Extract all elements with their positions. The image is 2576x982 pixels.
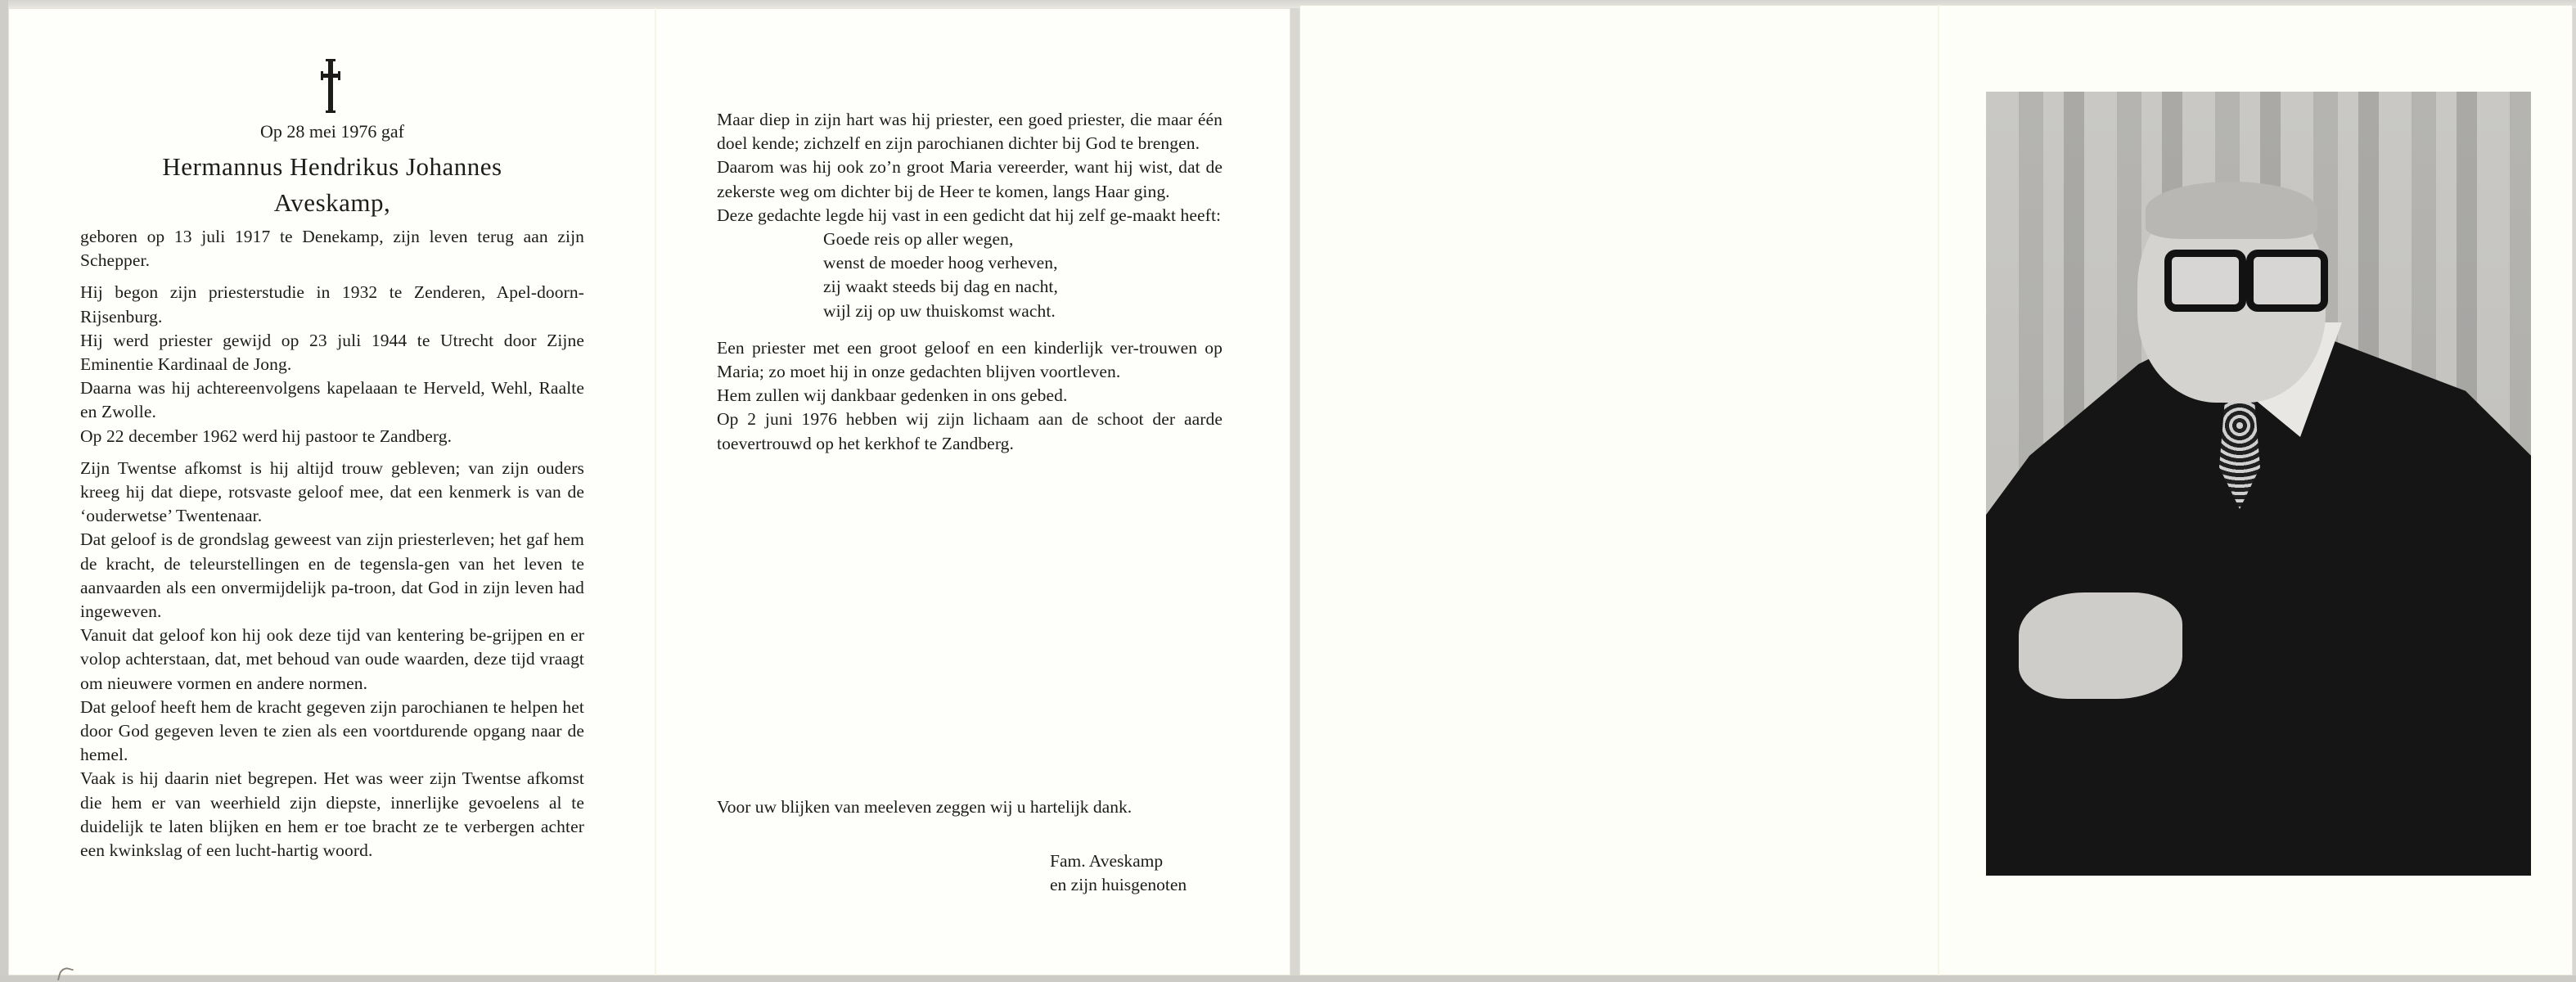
thanks-line: Voor uw blijken van meeleven zeggen wij … bbox=[717, 797, 1223, 818]
paragraph: Hij werd priester gewijd op 23 juli 1944… bbox=[80, 329, 584, 376]
fold-line bbox=[655, 8, 656, 975]
paragraph: Een priester met een groot geloof en een… bbox=[717, 336, 1223, 384]
paragraph: Vaak is hij daarin niet begrepen. Het wa… bbox=[80, 767, 584, 863]
poem-line: wenst de moeder hoog verheven, bbox=[823, 251, 1223, 275]
biography-column: geboren op 13 juli 1917 te Denekamp, zij… bbox=[80, 225, 584, 863]
deceased-surname: Aveskamp, bbox=[80, 188, 584, 218]
fold-line bbox=[1938, 5, 1939, 975]
latin-cross-icon bbox=[321, 59, 340, 113]
tribute-column: Maar diep in zijn hart was hij priester,… bbox=[717, 108, 1223, 456]
paragraph: Dat geloof heeft hem de kracht gegeven z… bbox=[80, 696, 584, 768]
scan-bottom-edge bbox=[0, 975, 2576, 982]
poem-line: Goede reis op aller wegen, bbox=[823, 227, 1223, 251]
paragraph: geboren op 13 juli 1917 te Denekamp, zij… bbox=[80, 225, 584, 273]
signature-family: Fam. Aveskamp bbox=[1050, 849, 1187, 873]
poem-line: wijl zij op uw thuiskomst wacht. bbox=[823, 300, 1223, 323]
poem: Goede reis op aller wegen, wenst de moed… bbox=[823, 227, 1223, 323]
paragraph: Hem zullen wij dankbaar gedenken in ons … bbox=[717, 384, 1223, 408]
paragraph: Maar diep in zijn hart was hij priester,… bbox=[717, 108, 1223, 155]
portrait-hair bbox=[2146, 182, 2317, 239]
paragraph: Vanuit dat geloof kon hij ook deze tijd … bbox=[80, 624, 584, 696]
paragraph: Daarom was hij ook zo’n groot Maria vere… bbox=[717, 155, 1223, 203]
paragraph: Op 22 december 1962 werd hij pastoor te … bbox=[80, 425, 584, 448]
portrait-hands bbox=[2019, 592, 2182, 699]
signature-household: en zijn huisgenoten bbox=[1050, 873, 1187, 897]
deceased-name: Hermannus Hendrikus Johannes bbox=[80, 152, 584, 182]
paragraph: Deze gedachte legde hij vast in een gedi… bbox=[717, 204, 1223, 227]
paragraph: Op 2 juni 1976 hebben wij zijn lichaam a… bbox=[717, 408, 1223, 455]
paragraph: Zijn Twentse afkomst is hij altijd trouw… bbox=[80, 457, 584, 529]
glasses-icon bbox=[2246, 250, 2328, 312]
signature: Fam. Aveskamp en zijn huisgenoten bbox=[1050, 849, 1187, 897]
poem-line: zij waakt steeds bij dag en nacht, bbox=[823, 275, 1223, 299]
paragraph: Dat geloof is de grondslag geweest van z… bbox=[80, 528, 584, 624]
paragraph: Hij begon zijn priesterstudie in 1932 te… bbox=[80, 281, 584, 328]
portrait-photo bbox=[1986, 92, 2531, 876]
paragraph: Daarna was hij achtereenvolgens kapelaaa… bbox=[80, 376, 584, 424]
death-date-line: Op 28 mei 1976 gaf bbox=[80, 121, 584, 142]
scan-left-edge bbox=[0, 0, 8, 982]
memorial-card-inside: Op 28 mei 1976 gaf Hermannus Hendrikus J… bbox=[8, 8, 1290, 975]
glasses-icon bbox=[2164, 250, 2246, 312]
